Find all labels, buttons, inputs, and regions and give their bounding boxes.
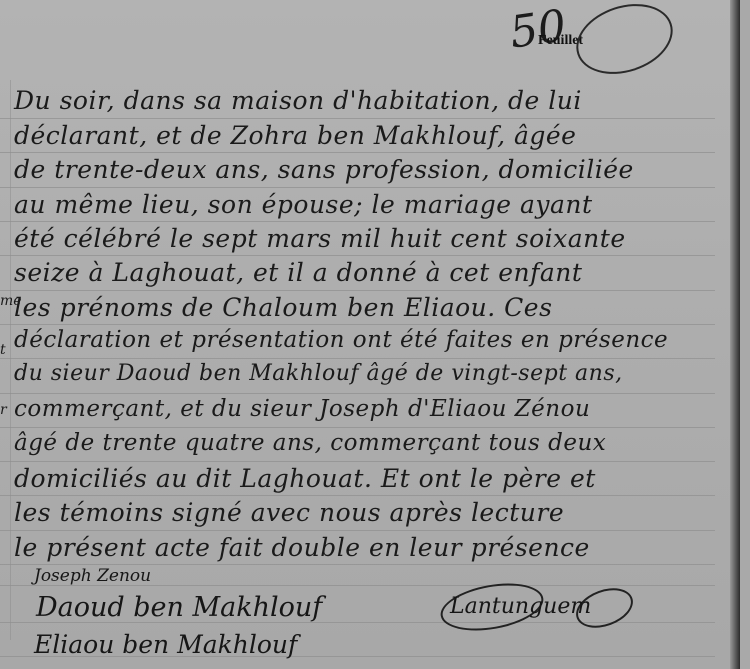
ruled-line [0, 427, 715, 428]
margin-mark: me [0, 293, 22, 309]
official-signature: Lantunguem [450, 594, 591, 619]
body-line: le présent acte fait double en leur prés… [14, 533, 590, 562]
ruled-line [0, 530, 715, 531]
body-line: les prénoms de Chaloum ben Eliaou. Ces [14, 293, 552, 322]
signature-daoud-ben-makhlouf: Daoud ben Makhlouf [36, 592, 322, 623]
body-line: déclarant, et de Zohra ben Makhlouf, âgé… [14, 121, 576, 150]
ruled-line [0, 118, 715, 119]
ruled-line [0, 152, 715, 153]
body-line: été célébré le sept mars mil huit cent s… [14, 224, 626, 253]
body-line: âgé de trente quatre ans, commerçant tou… [14, 430, 606, 456]
body-line: commerçant, et du sieur Joseph d'Eliaou … [14, 396, 590, 422]
margin-mark: r [0, 402, 7, 418]
ruled-line [0, 495, 715, 496]
ruled-line [0, 393, 715, 394]
margin-line [10, 80, 11, 640]
body-line: domiciliés au dit Laghouat. Et ont le pè… [14, 464, 596, 493]
margin-mark: t [0, 342, 6, 358]
signature-eliaou-ben-makhlouf: Eliaou ben Makhlouf [34, 630, 297, 659]
body-line: du sieur Daoud ben Makhlouf âgé de vingt… [14, 361, 623, 386]
ruled-line [0, 290, 715, 291]
folio-flourish-icon [567, 0, 682, 86]
signature-joseph-zenou: Joseph Zenou [34, 566, 151, 586]
body-line: déclaration et présentation ont été fait… [14, 327, 668, 353]
body-line: de trente-deux ans, sans profession, dom… [14, 155, 634, 184]
ruled-line [0, 221, 715, 222]
ruled-line [0, 255, 715, 256]
body-line: au même lieu, son épouse; le mariage aya… [14, 190, 593, 219]
body-line: Du soir, dans sa maison d'habitation, de… [14, 86, 582, 115]
folio-header: 50 Feuillet [500, 4, 660, 74]
ruled-line [0, 358, 715, 359]
body-line: les témoins signé avec nous après lectur… [14, 498, 564, 527]
ruled-line [0, 187, 715, 188]
ruled-line [0, 564, 715, 565]
body-line: seize à Laghouat, et il a donné à cet en… [14, 258, 582, 287]
document-page: 50 Feuillet Du soir, dans sa maison d'ha… [0, 0, 740, 669]
ruled-line [0, 461, 715, 462]
folio-number: 50 [507, 0, 570, 58]
ruled-line [0, 324, 715, 325]
page-edge-shadow [730, 0, 740, 669]
